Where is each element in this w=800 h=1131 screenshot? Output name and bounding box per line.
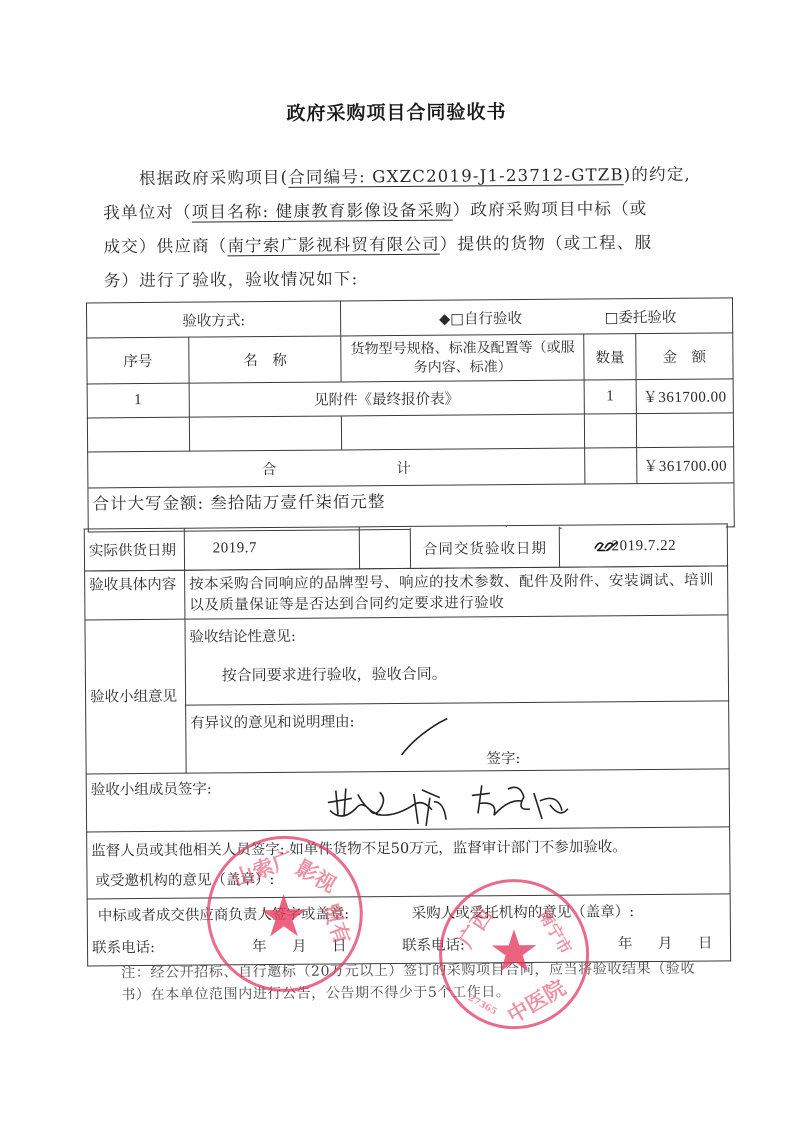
opinion-row: 验收小组意见 验收结论性意见: 按合同要求进行验收，验收合同。: [85, 615, 729, 706]
method-label: 验收方式:: [86, 301, 341, 338]
intro-text: ）政府采购项目中标（或: [453, 199, 648, 220]
content-value: 按本采购合同响应的品牌型号、响应的技术参数、配件及附件、安装调试、培训以及质量保…: [184, 566, 728, 619]
bottom-row: 中标或者成交供应商负责人签字或盖章: 采购人或受托机构的意见（盖章）: 联系电话…: [87, 894, 731, 966]
cell-name-spec: 见附件《最终报价表》: [189, 380, 585, 417]
purchaser-month: 月: [658, 929, 698, 959]
supervisor-cell: 监督人员或其他相关人员签字: 如单件货物不足50万元，监督审计部门不参加验收。 …: [87, 827, 731, 899]
objection-label: 有异议的意见和说明理由:: [190, 707, 724, 732]
table-row: 1 见附件《最终报价表》 1 ￥361700.00: [87, 379, 733, 418]
amount-words-label: 合计大写金额:: [92, 494, 204, 514]
scanned-page: 政府采购项目合同验收书 根据政府采购项目(合同编号: GXZC2019-J1-2…: [0, 0, 800, 1131]
document-body: 政府采购项目合同验收书 根据政府采购项目(合同编号: GXZC2019-J1-2…: [0, 0, 800, 1131]
intro-text: 我单位对（: [103, 203, 192, 223]
supplier-year: 年: [252, 932, 292, 962]
intro-text: )的约定,: [624, 165, 691, 185]
total-label-1: 合: [262, 462, 277, 478]
conclusion-value: 按合同要求进行验收，验收合同。: [190, 660, 724, 685]
total-label-2: 计: [396, 461, 411, 477]
purchaser-year: 年: [618, 929, 658, 959]
contract-acceptance-label: 合同交货验收日期: [423, 536, 547, 558]
total-qty: [585, 448, 637, 484]
contract-number: 合同编号: GXZC2019-J1-23712-GTZB: [288, 165, 624, 187]
content-label: 验收具体内容: [85, 570, 185, 620]
cell-spec: [342, 414, 585, 450]
method-row: 验收方式: ◆□自行验收□委托验收: [86, 298, 732, 338]
option-self-checkbox[interactable]: ◆□自行验收: [345, 306, 575, 329]
cell-amount: [636, 413, 733, 448]
cell-no: 1: [87, 383, 189, 418]
cell-qty: [584, 414, 636, 448]
content-row: 验收具体内容 按本采购合同响应的品牌型号、响应的技术参数、配件及附件、安装调试、…: [85, 566, 728, 620]
supplier-name: 南宁索广影视科贸有限公司: [227, 235, 440, 256]
cell-name: [189, 416, 342, 451]
footnote: 注：经公开招标、自行邀标（20万元以上）签订的采购项目合同，应当将验收结果（验收…: [121, 958, 711, 1007]
objection-cell: 有异议的意见和说明理由: 签字:: [185, 701, 729, 773]
supervisor-row: 监督人员或其他相关人员签字: 如单件货物不足50万元，监督审计部门不参加验收。 …: [87, 827, 731, 899]
intro-text: 根据政府采购项目(: [139, 168, 288, 188]
team-opinion-label: 验收小组意见: [85, 619, 186, 774]
header-row: 序号 名 称 货物型号规格、标准及配置等（或服务内容、标准） 数量 金 额: [87, 333, 733, 384]
cell-amount: ￥361700.00: [636, 379, 733, 414]
acceptance-date-text: 2019.7.22: [612, 537, 677, 555]
purchaser-day: 日: [698, 929, 713, 959]
dates-row-overlay: 合同交货验收日期: [410, 527, 560, 568]
supplier-day: 日: [332, 931, 402, 962]
supervisor-line2: 或受邀机构的意见（盖章）:: [91, 861, 725, 896]
bottom-cell: 中标或者成交供应商负责人签字或盖章: 采购人或受托机构的意见（盖章）: 联系电话…: [87, 894, 731, 966]
total-row: 合计 ￥361700.00: [88, 447, 734, 488]
supplier-phone-label: 联系电话:: [92, 932, 252, 963]
contract-acceptance-value: 2019.7.22: [562, 525, 726, 566]
total-label: 合计: [88, 448, 585, 488]
method-options: ◆□自行验收□委托验收: [341, 298, 733, 336]
objection-sign-label: 签字:: [486, 747, 520, 768]
purchaser-phone-label: 联系电话:: [402, 929, 618, 961]
header-no: 序号: [87, 337, 189, 384]
actual-supply-value: 2019.7: [184, 527, 359, 570]
header-name: 名 称: [189, 336, 342, 383]
conclusion-cell: 验收结论性意见: 按合同要求进行验收，验收合同。: [185, 615, 729, 705]
total-amount: ￥361700.00: [637, 447, 734, 484]
items-table: 验收方式: ◆□自行验收□委托验收 序号 名 称 货物型号规格、标准及配置等（或…: [86, 297, 735, 532]
document-title: 政府采购项目合同验收书: [0, 95, 797, 128]
supplier-sign-label: 中标或者成交供应商负责人签字或盖章:: [92, 899, 412, 932]
header-amount: 金 额: [636, 333, 733, 380]
members-row: 验收小组成员签字:: [86, 769, 729, 832]
actual-supply-label: 实际供货日期: [84, 528, 184, 571]
intro-text: 务）进行了验收，验收情况如下:: [104, 260, 704, 299]
header-qty: 数量: [584, 334, 636, 380]
cell-qty: 1: [584, 380, 636, 414]
amount-words-value: 叁拾陆万壹仟柒佰元整: [210, 492, 385, 512]
intro-text: ）提供的货物（或工程、服: [440, 233, 653, 254]
cell-no: [87, 417, 189, 452]
intro-paragraph: 根据政府采购项目(合同编号: GXZC2019-J1-23712-GTZB)的约…: [103, 158, 704, 299]
intro-text: 成交）供应商（: [103, 236, 227, 256]
table-row: [87, 413, 733, 452]
members-sign-label: 验收小组成员签字:: [86, 769, 729, 832]
content-table: 验收具体内容 按本采购合同响应的品牌型号、响应的技术参数、配件及附件、安装调试、…: [84, 565, 731, 966]
purchaser-opinion-label: 采购人或受托机构的意见（盖章）:: [412, 897, 635, 929]
conclusion-label: 验收结论性意见:: [189, 621, 723, 646]
project-name: 项目名称: 健康教育影像设备采购: [192, 201, 453, 222]
supplier-month: 月: [292, 932, 332, 962]
header-spec: 货物型号规格、标准及配置等（或服务内容、标准）: [341, 334, 584, 382]
supervisor-line1: 监督人员或其他相关人员签字: 如单件货物不足50万元，监督审计部门不参加验收。: [91, 831, 725, 866]
option-entrust-checkbox[interactable]: □委托验收: [575, 305, 705, 327]
